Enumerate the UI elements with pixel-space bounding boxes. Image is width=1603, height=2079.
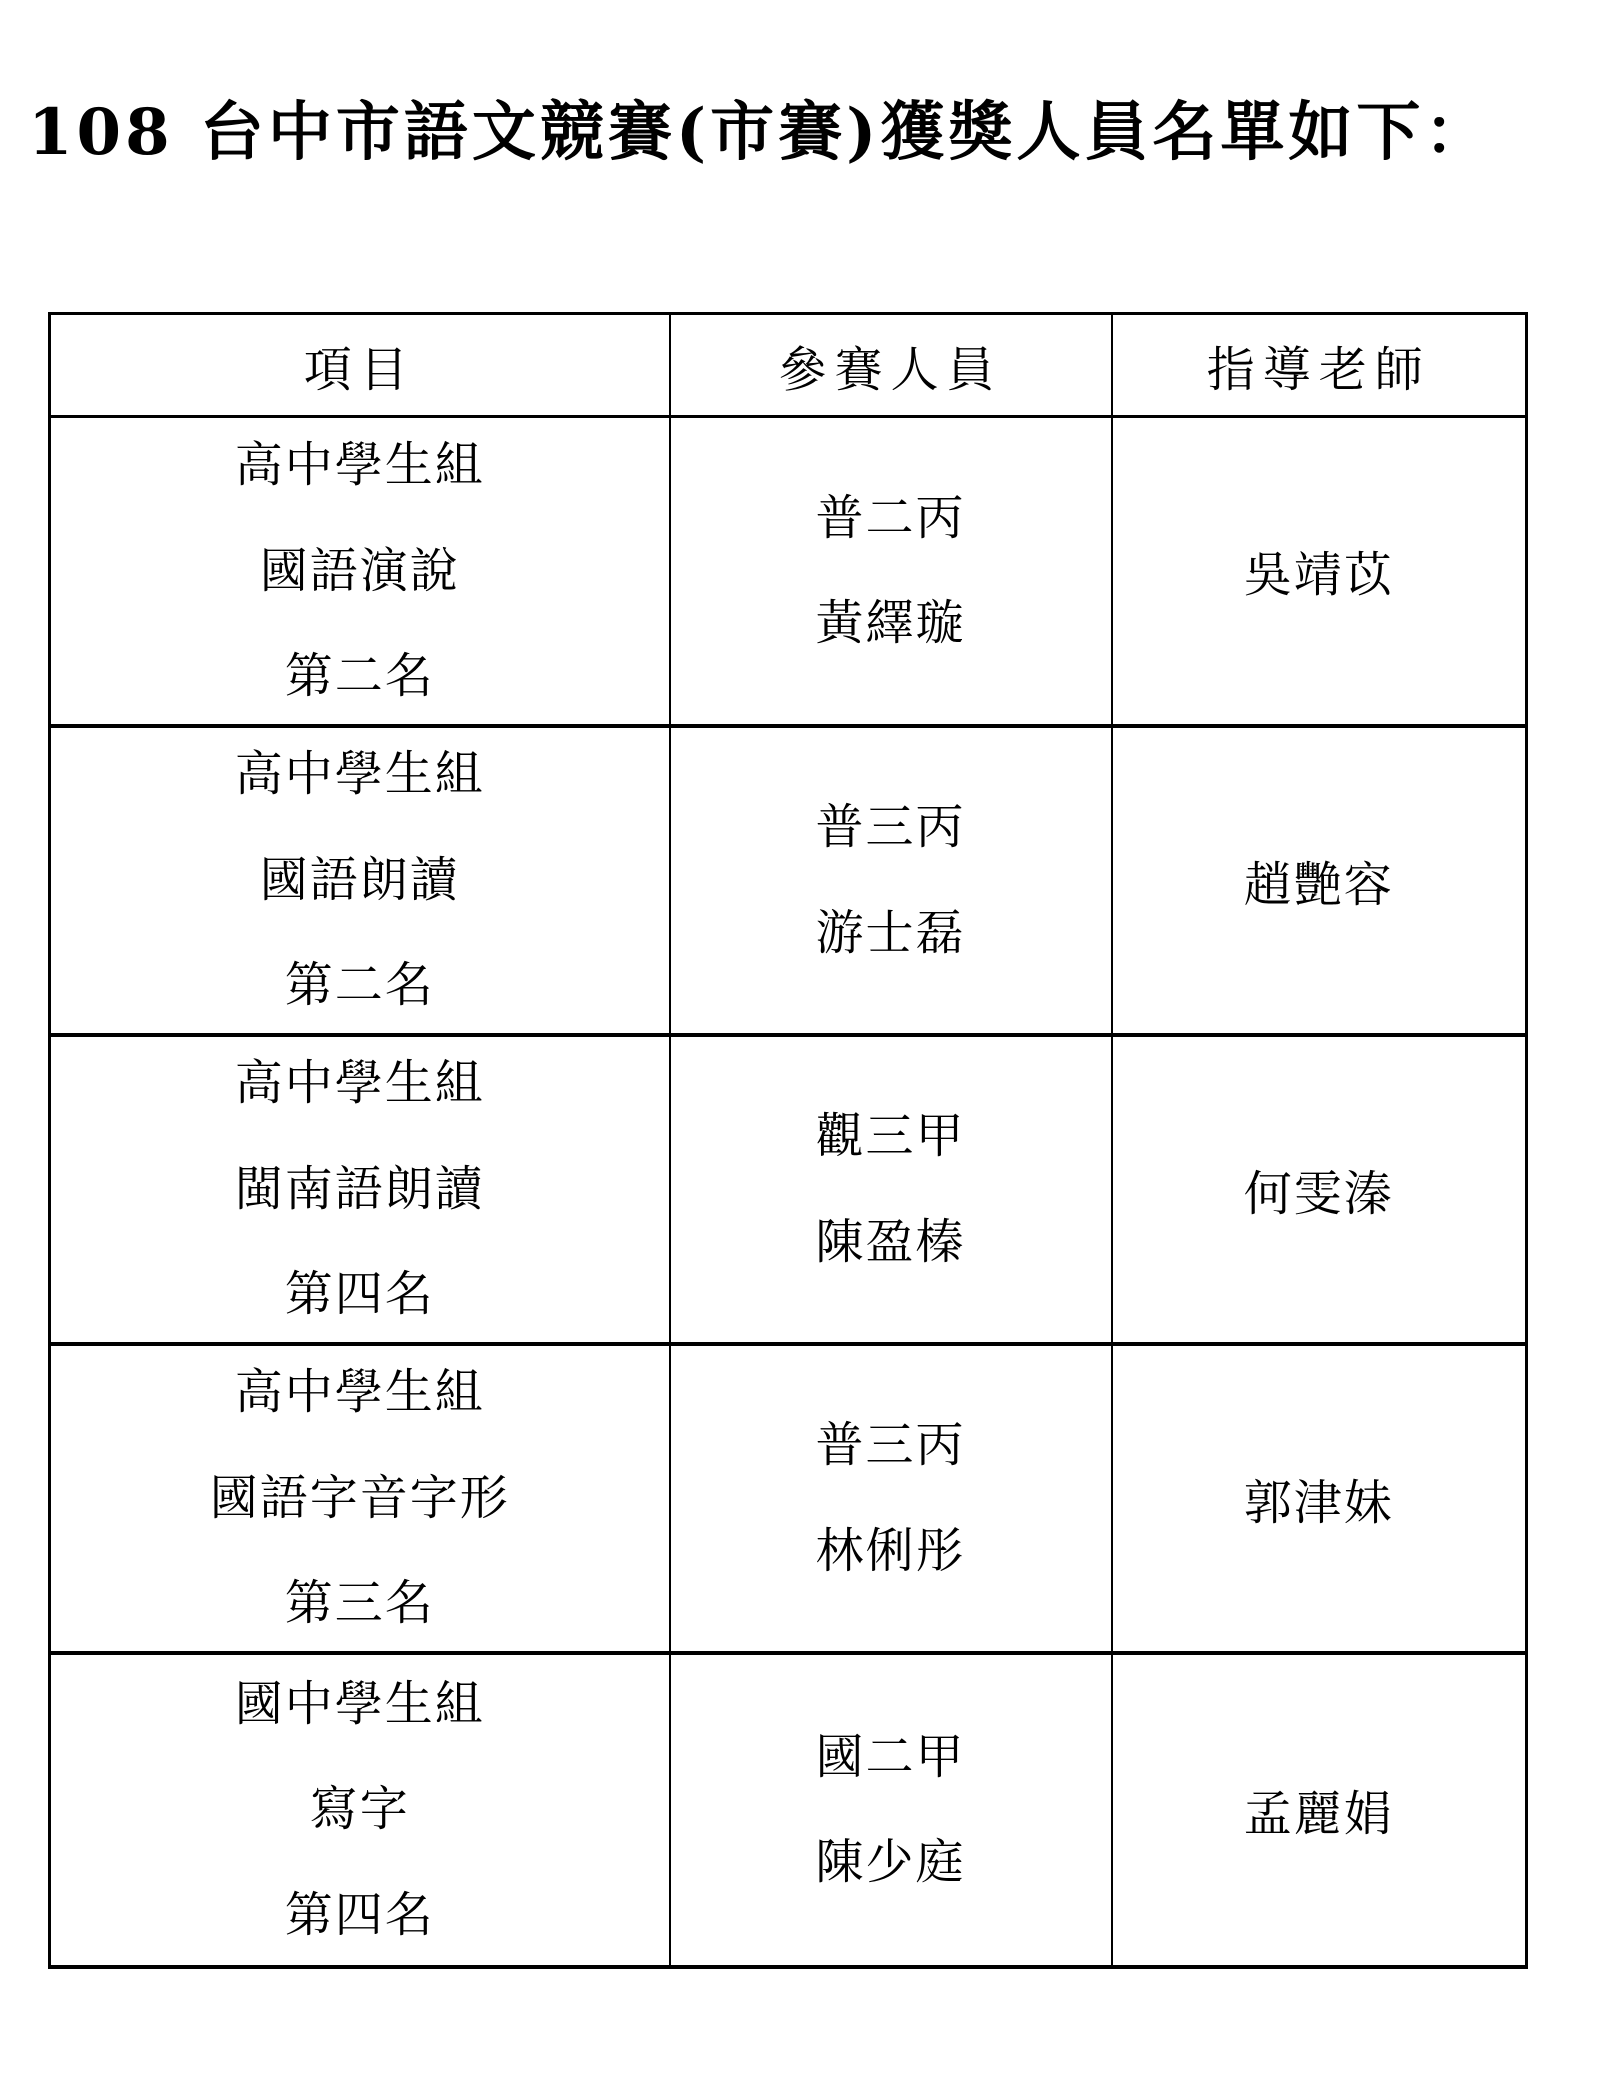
event-label: 國語字音字形 — [210, 1473, 510, 1523]
class-label: 普三丙 — [815, 802, 965, 852]
header-row: 項目 參賽人員 指導老師 — [50, 314, 1527, 417]
participant-cell: 普三丙 林俐彤 — [670, 1344, 1112, 1653]
awards-table-container: 項目 參賽人員 指導老師 高中學生組 國語演說 第二名 — [48, 312, 1525, 1969]
rank-label: 第二名 — [285, 651, 435, 701]
teacher-cell: 郭津妹 — [1112, 1344, 1527, 1653]
rank-label: 第二名 — [285, 960, 435, 1010]
item-text: 高中學生組 閩南語朗讀 第四名 — [51, 1058, 669, 1319]
table-row: 高中學生組 國語朗讀 第二名 普三丙 游士磊 趙艷容 — [50, 726, 1527, 1035]
item-cell: 國中學生組 寫字 第四名 — [50, 1653, 670, 1967]
item-cell: 高中學生組 國語朗讀 第二名 — [50, 726, 670, 1035]
participant-text: 國二甲 陳少庭 — [671, 1732, 1111, 1888]
class-label: 國二甲 — [815, 1732, 965, 1782]
group-label: 高中學生組 — [235, 749, 485, 799]
class-label: 觀三甲 — [815, 1111, 965, 1161]
participant-cell: 國二甲 陳少庭 — [670, 1653, 1112, 1967]
teacher-name: 趙艷容 — [1113, 846, 1526, 915]
student-name: 陳少庭 — [815, 1837, 965, 1887]
teacher-cell: 何雯溱 — [1112, 1035, 1527, 1344]
teacher-cell: 孟麗娟 — [1112, 1653, 1527, 1967]
item-cell: 高中學生組 國語演說 第二名 — [50, 417, 670, 726]
event-label: 寫字 — [310, 1784, 410, 1834]
table-row: 高中學生組 國語字音字形 第三名 普三丙 林俐彤 郭津妹 — [50, 1344, 1527, 1653]
teacher-name: 孟麗娟 — [1113, 1775, 1526, 1844]
participant-text: 普三丙 游士磊 — [671, 802, 1111, 958]
group-label: 高中學生組 — [235, 440, 485, 490]
participant-cell: 普三丙 游士磊 — [670, 726, 1112, 1035]
event-label: 閩南語朗讀 — [235, 1164, 485, 1214]
column-header-participant: 參賽人員 — [670, 314, 1112, 417]
group-label: 國中學生組 — [235, 1679, 485, 1729]
rank-label: 第三名 — [285, 1578, 435, 1628]
teacher-name: 吳靖苡 — [1113, 536, 1526, 605]
teacher-name: 郭津妹 — [1113, 1464, 1526, 1533]
item-cell: 高中學生組 閩南語朗讀 第四名 — [50, 1035, 670, 1344]
item-text: 高中學生組 國語朗讀 第二名 — [51, 749, 669, 1010]
teacher-name: 何雯溱 — [1113, 1155, 1526, 1224]
item-text: 高中學生組 國語字音字形 第三名 — [51, 1367, 669, 1628]
document-page: 108 台中市語文競賽(市賽)獲獎人員名單如下： 項目 參賽人員 指導老師 — [0, 0, 1603, 2079]
item-text: 高中學生組 國語演說 第二名 — [51, 440, 669, 701]
participant-text: 觀三甲 陳盈榛 — [671, 1111, 1111, 1267]
class-label: 普二丙 — [815, 493, 965, 543]
rank-label: 第四名 — [285, 1269, 435, 1319]
student-name: 林俐彤 — [815, 1526, 965, 1576]
item-text: 國中學生組 寫字 第四名 — [51, 1679, 669, 1940]
student-name: 陳盈榛 — [815, 1217, 965, 1267]
table-row: 國中學生組 寫字 第四名 國二甲 陳少庭 孟麗娟 — [50, 1653, 1527, 1967]
page-title: 108 台中市語文競賽(市賽)獲獎人員名單如下： — [28, 98, 1492, 168]
participant-cell: 普二丙 黃繹璇 — [670, 417, 1112, 726]
awards-table: 項目 參賽人員 指導老師 高中學生組 國語演說 第二名 — [48, 312, 1528, 1969]
item-cell: 高中學生組 國語字音字形 第三名 — [50, 1344, 670, 1653]
rank-label: 第四名 — [285, 1890, 435, 1940]
student-name: 黃繹璇 — [815, 598, 965, 648]
class-label: 普三丙 — [815, 1420, 965, 1470]
participant-text: 普二丙 黃繹璇 — [671, 493, 1111, 649]
teacher-cell: 吳靖苡 — [1112, 417, 1527, 726]
table-row: 高中學生組 閩南語朗讀 第四名 觀三甲 陳盈榛 何雯溱 — [50, 1035, 1527, 1344]
event-label: 國語演說 — [260, 546, 460, 596]
column-header-teacher: 指導老師 — [1112, 314, 1527, 417]
event-label: 國語朗讀 — [260, 855, 460, 905]
group-label: 高中學生組 — [235, 1058, 485, 1108]
participant-cell: 觀三甲 陳盈榛 — [670, 1035, 1112, 1344]
group-label: 高中學生組 — [235, 1367, 485, 1417]
teacher-cell: 趙艷容 — [1112, 726, 1527, 1035]
column-header-item: 項目 — [50, 314, 670, 417]
student-name: 游士磊 — [815, 908, 965, 958]
participant-text: 普三丙 林俐彤 — [671, 1420, 1111, 1576]
table-row: 高中學生組 國語演說 第二名 普二丙 黃繹璇 吳靖苡 — [50, 417, 1527, 726]
